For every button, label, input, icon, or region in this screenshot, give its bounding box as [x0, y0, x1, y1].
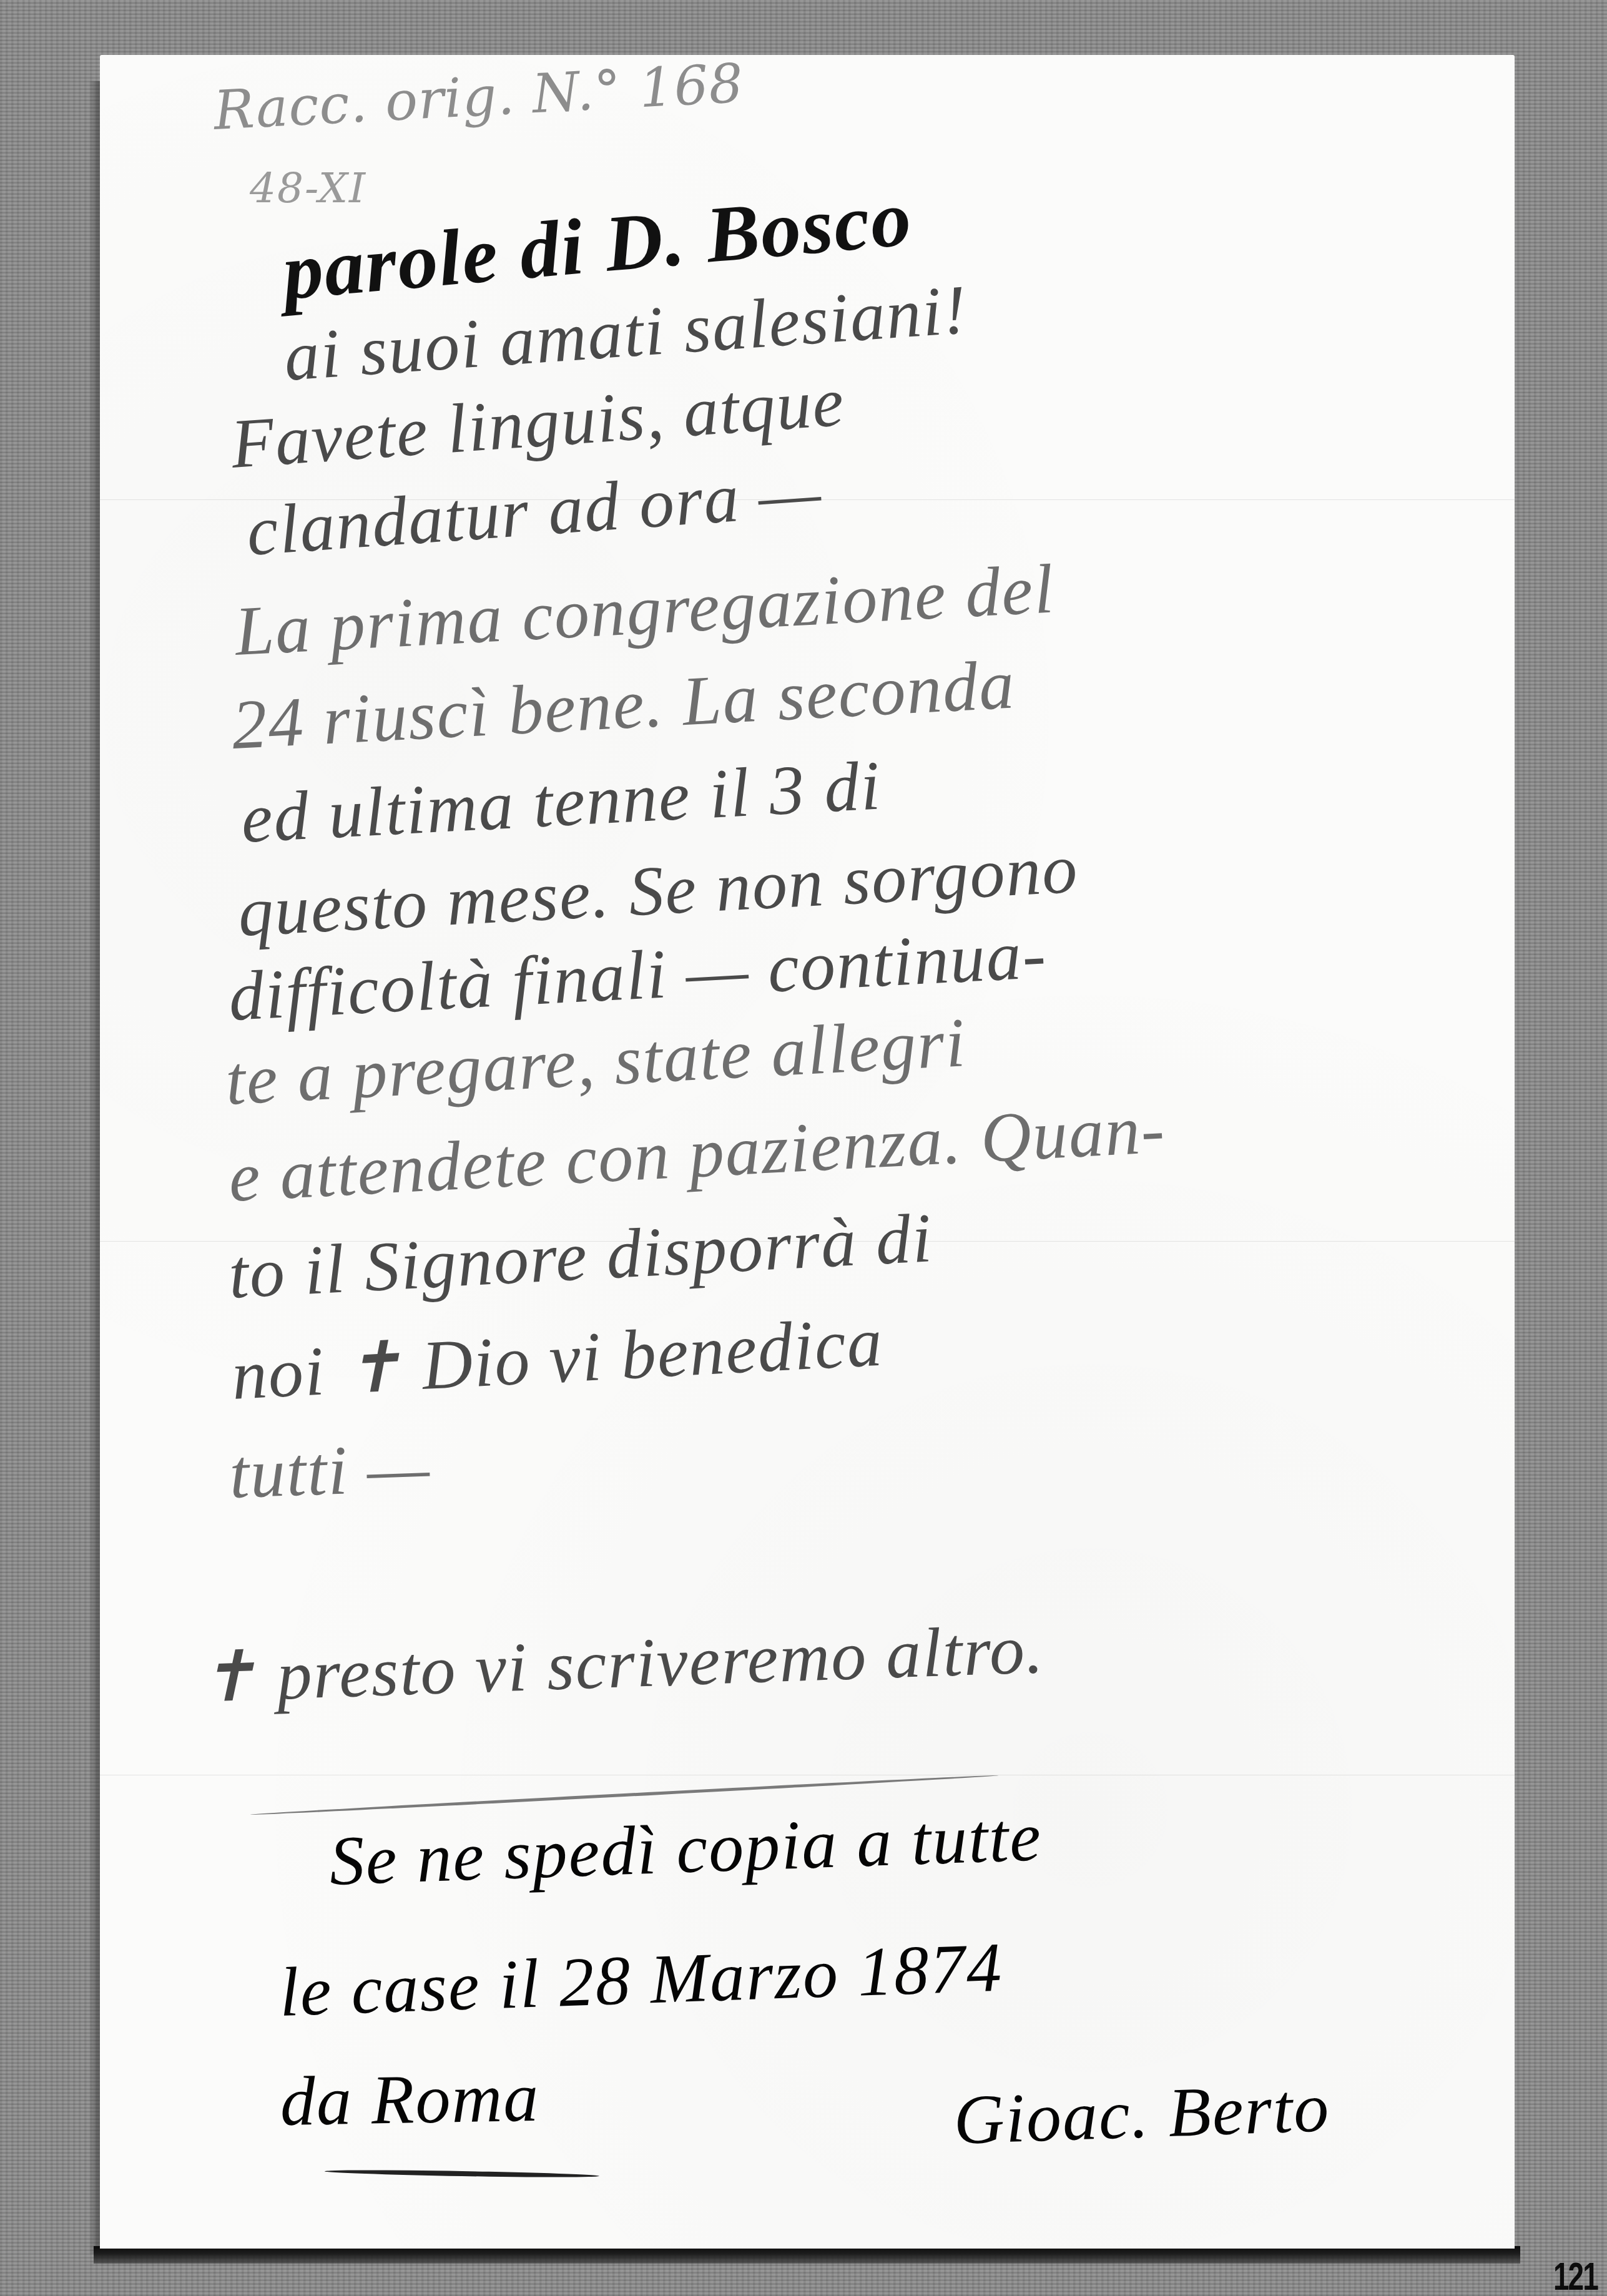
letter-postscript: ✝ presto vi scriveremo altro. [197, 1608, 1045, 1719]
letter-line-13: noi ✝ Dio vi benedica [230, 1301, 885, 1416]
letter-line-12: to il Signore disporrà di [227, 1198, 935, 1315]
letter-line-14: tutti — [228, 1428, 431, 1515]
closing-from: da Roma [280, 2058, 540, 2142]
paper-bottom-shadow [94, 2246, 1520, 2264]
archive-collection-note: Racc. orig. N.° 168 [212, 52, 745, 142]
letter-line-7: ed ultima tenne il 3 di [239, 745, 883, 860]
letter-page: Racc. orig. N.° 168 48-XI parole di D. B… [100, 55, 1515, 2249]
signature: Gioac. Berto [952, 2068, 1331, 2161]
closing-underline [325, 2169, 599, 2179]
closing-place-date: le case il 28 Marzo 1874 [278, 1928, 1003, 2033]
paper-rule [100, 1775, 1515, 1775]
archive-sub-reference: 48-XI [250, 164, 366, 212]
paper-left-shadow [89, 81, 100, 2254]
page-number: 121 [1553, 2254, 1598, 2296]
closing-note: Se ne spedì copia a tutte [328, 1797, 1043, 1902]
